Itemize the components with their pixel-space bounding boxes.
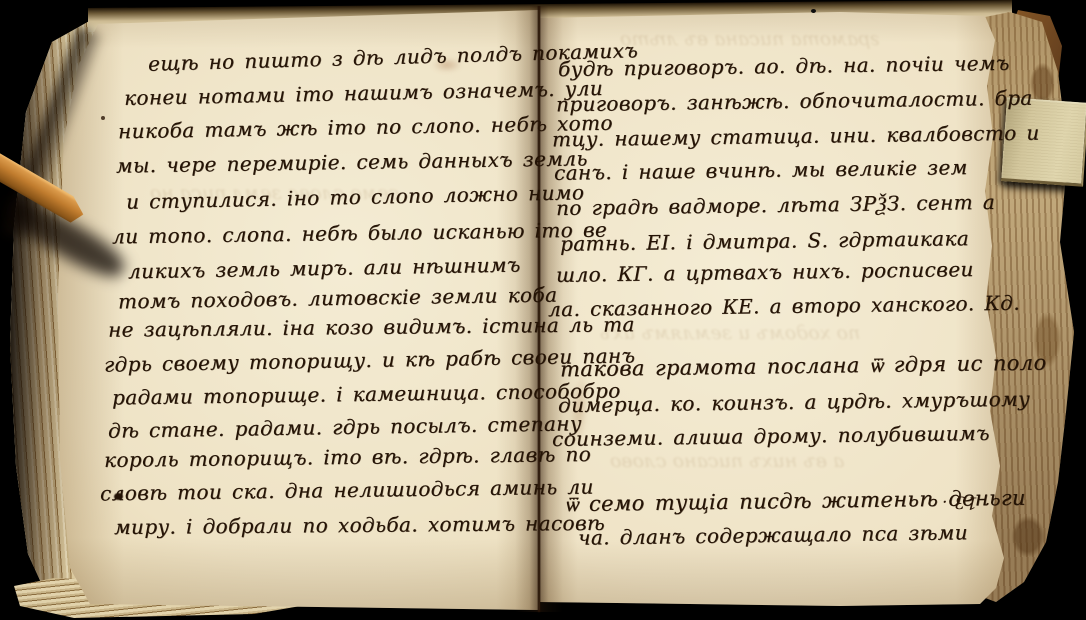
manuscript-photo: семо слова земл писа нограмота писана въ… — [0, 0, 1086, 620]
manuscript-line: словѣ тои ска. дна нелишиодься аминь ли — [100, 477, 594, 504]
manuscript-line: соинземи. алиша дрому. полубившимъ — [552, 423, 990, 449]
manuscript-line: радами топорище. і камешница. способобро — [112, 380, 621, 407]
bleed-through-line: по ходомъ и землямъ ихъ — [600, 322, 860, 344]
bleed-through-line: грамота писана въ лѣто — [620, 28, 880, 50]
manuscript-line: ратнь. ЕІ. і дмитра. Ѕ. гдртаикака — [560, 228, 969, 254]
ink-blot — [114, 493, 123, 500]
manuscript-line: будѣ приговоръ. ао. дѣ. на. почіи чемъ — [558, 53, 1010, 79]
manuscript-line: ча. дланъ содержащало пса зѣми — [578, 522, 968, 547]
manuscript-line: по градѣ вадморе. лѣта ЗРѮЗ. сент а — [556, 192, 995, 218]
manuscript-line: димерца. ко. коинзъ. а црдѣ. хмуръшому — [558, 389, 1030, 416]
manuscript-line: король топорищъ. іто вѣ. гдрѣ. главѣ по — [104, 444, 591, 470]
ink-speck — [101, 116, 105, 120]
manuscript-line: шло. КГ. а цртвахъ нихъ. росписвеи — [556, 259, 974, 285]
ink-speck — [811, 9, 816, 13]
manuscript-line: тцу. нашему статица. ини. квалбовсто и — [552, 123, 1040, 150]
manuscript-line: санъ. і наше вчинѣ. мы великіе зем — [554, 157, 968, 183]
folio-number-inverted: · 13 · — [941, 491, 991, 514]
manuscript-line: томъ походовъ. литовскіе земли коба — [118, 285, 558, 312]
manuscript-line: приговоръ. занѣжѣ. обпочиталости. бра — [556, 88, 1033, 115]
manuscript-line: миру. і добрали по ходьба. хотимъ насовѣ — [114, 513, 605, 537]
manuscript-line: ла. сказанного КЕ. а второ ханского. Кд. — [548, 293, 1020, 320]
manuscript-line: ли топо. слопа. небѣ было исканью іто ве — [112, 220, 607, 247]
bleed-through-line: а въ нихъ писано слово — [610, 450, 844, 472]
manuscript-line: ликихъ земль миръ. али нѣшнимъ — [128, 255, 521, 282]
